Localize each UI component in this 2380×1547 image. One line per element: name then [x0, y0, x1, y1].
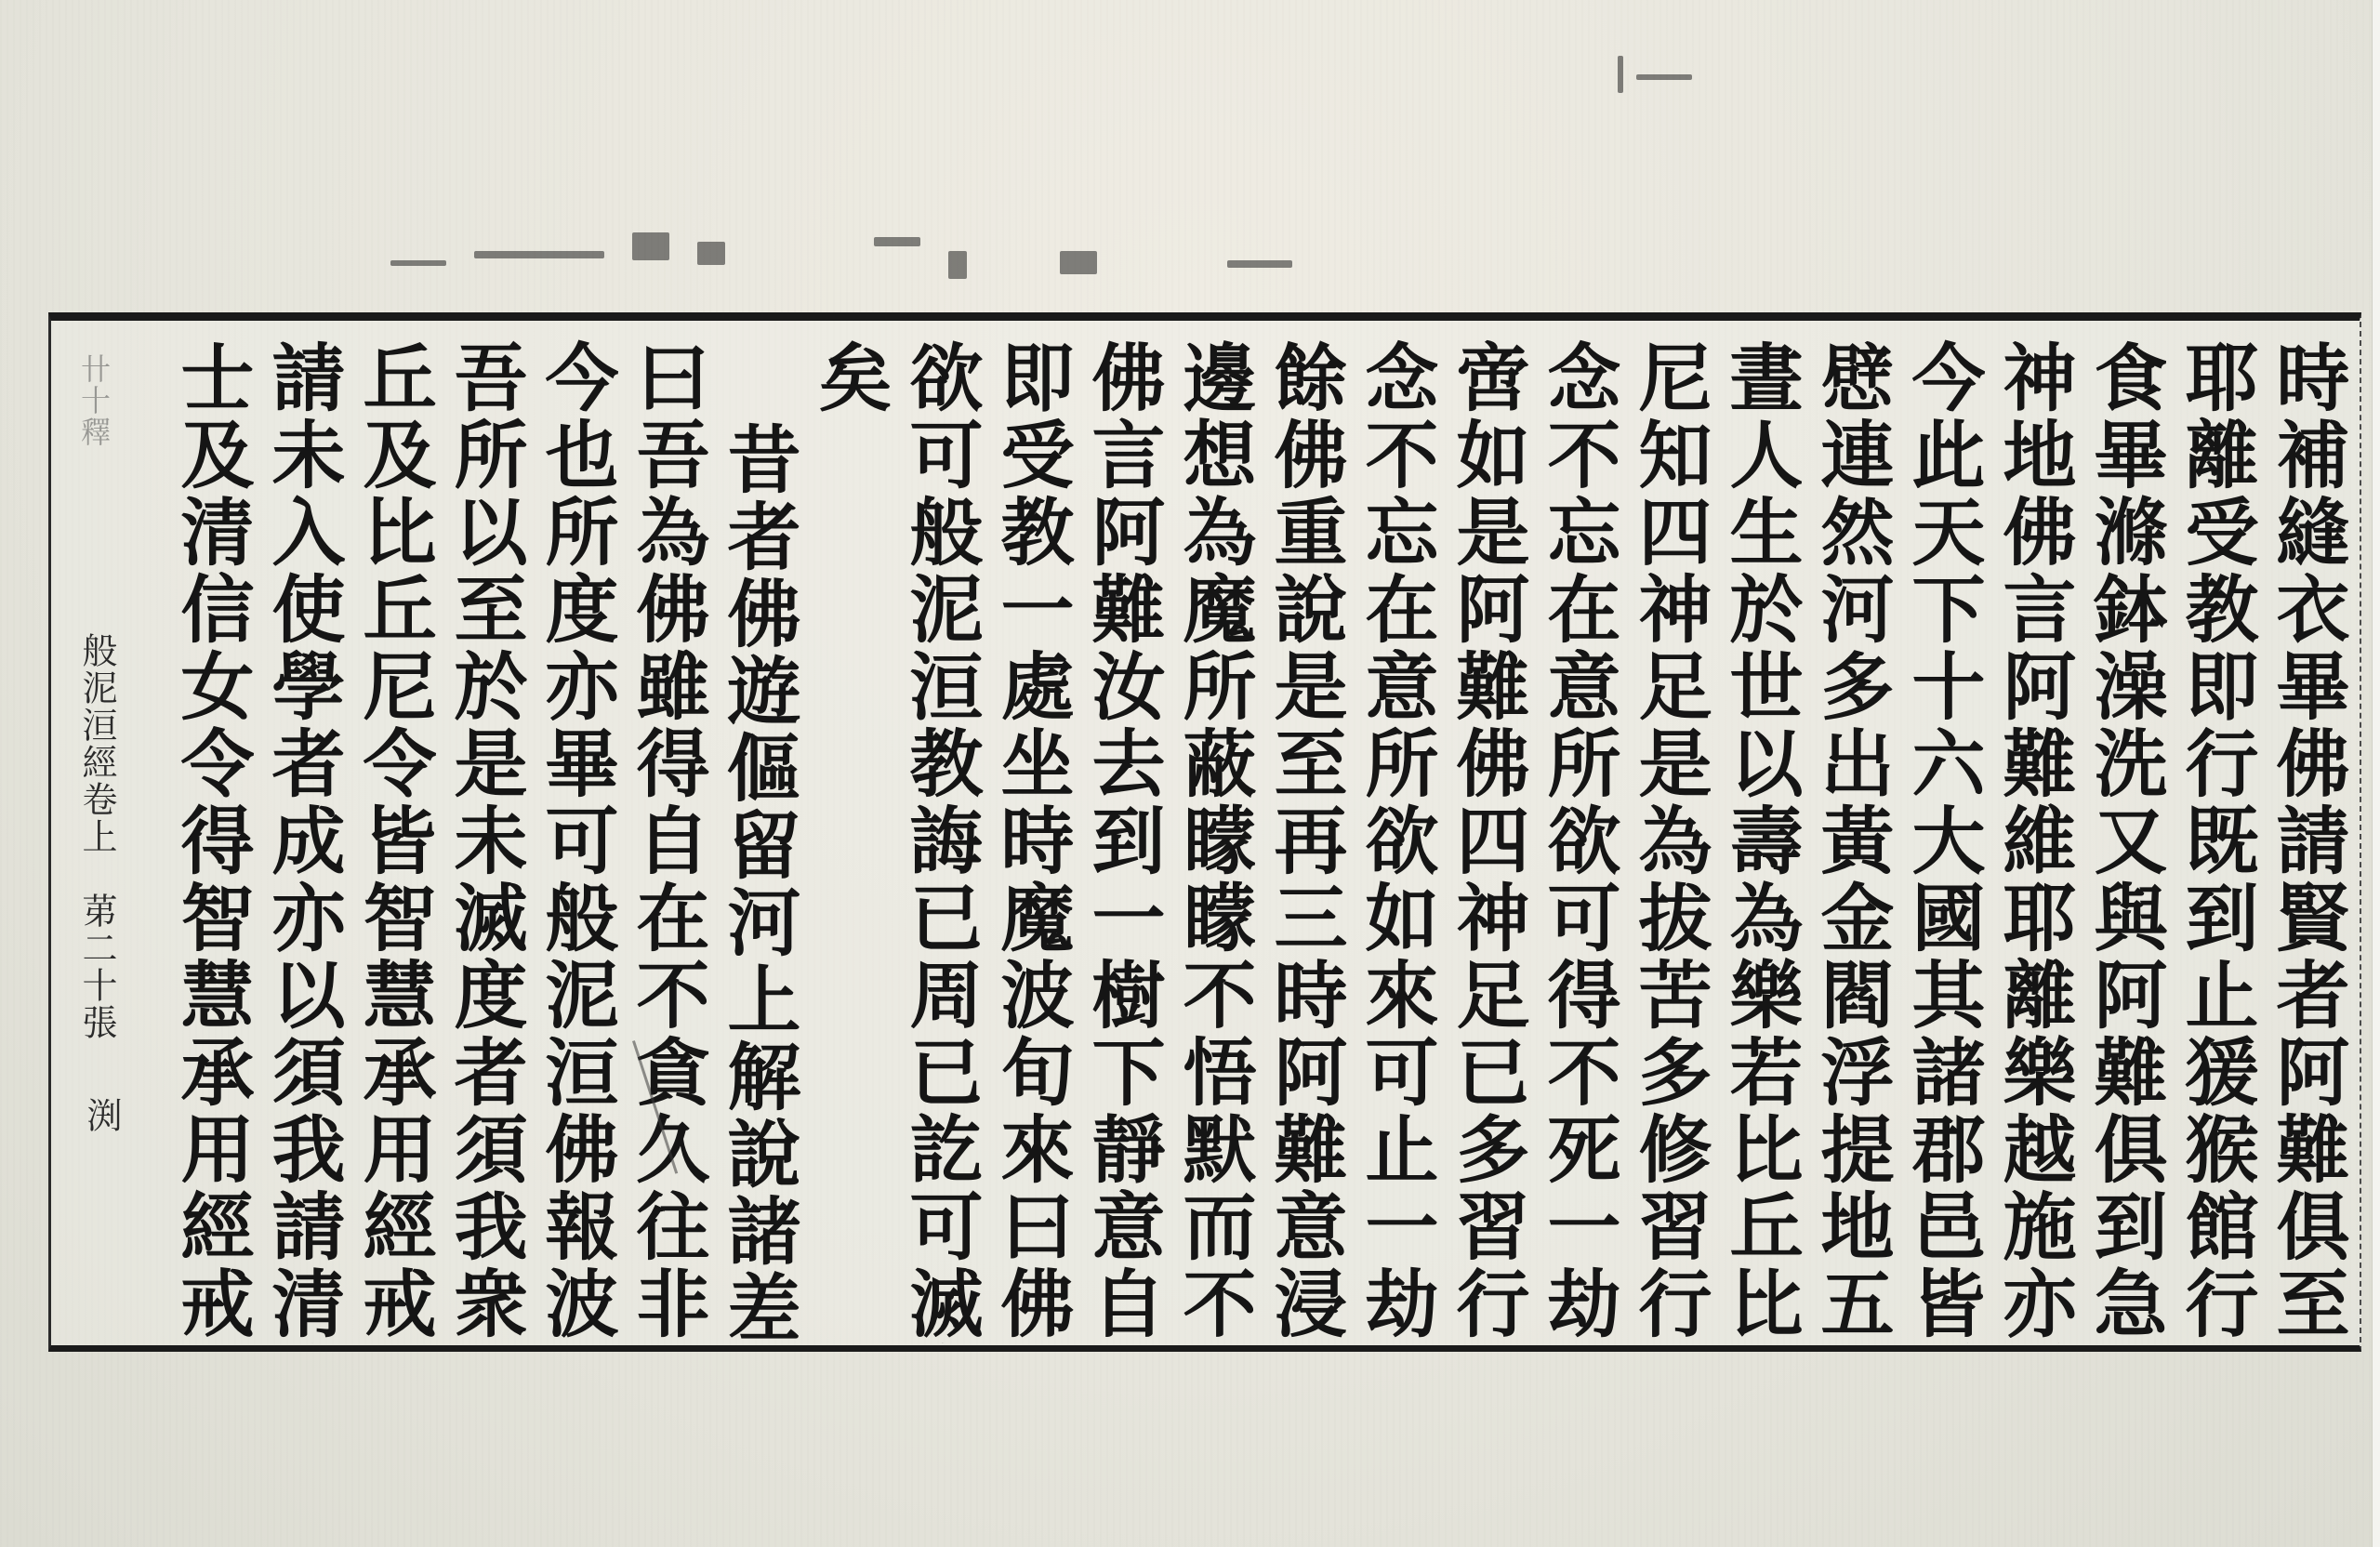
text-column: 邊想為魔所蔽矇矇不悟默而不對 [1168, 339, 1259, 1343]
text-column: 啻如是阿難佛四神足已多習行尊 [1441, 339, 1532, 1343]
sutra-page: 時補縫衣畢佛請賢者阿難俱至維耶離受教即行既到止猨猴館行乞食畢滌鉢澡洗又與阿難俱到… [0, 0, 2380, 1547]
text-column: 士及清信女令得智慧承用經戒未 [165, 339, 257, 1343]
page-edge [2372, 0, 2380, 1547]
text-column: 時補縫衣畢佛請賢者阿難俱至維 [2261, 339, 2352, 1343]
block-margin-column: 卄十釋 般泥洹經卷上 苐二十張 渕 [73, 353, 138, 1357]
text-column: 食畢滌鉢澡洗又與阿難俱到急疾 [2079, 339, 2170, 1343]
text-column: 佛言阿難汝去到一樹下靜意自思 [1077, 339, 1168, 1343]
text-column: 念不忘在意所欲可得不死一劫不 [1532, 339, 1623, 1343]
text-column: 今也所度亦畢可般泥洹佛報波旬 [530, 339, 621, 1343]
text-column: 神地佛言阿難維耶離樂越施亦樂 [1988, 339, 2079, 1343]
text-column: 憵連然河多出黃金閻浮提地五色 [1805, 339, 1897, 1343]
text-column: 尼知四神足是為拔苦多修習行當 [1623, 339, 1714, 1343]
text-column: 晝人生於世以壽為樂若比丘比丘 [1714, 339, 1805, 1343]
print-block-frame: 時補縫衣畢佛請賢者阿難俱至維耶離受教即行既到止猨猴館行乞食畢滌鉢澡洗又與阿難俱到… [48, 312, 2361, 1352]
text-column: 吾所以至於是未滅度者須我衆比 [439, 339, 530, 1343]
text-column: 耶離受教即行既到止猨猴館行乞 [2170, 339, 2261, 1343]
text-column: 即受教一處坐時魔波旬來曰佛意无 [985, 339, 1077, 1343]
text-column: 欲可般泥洹教誨已周已訖可滅度 [894, 339, 985, 1343]
text-column: 昔者佛遊傴留河上解說諸差 [712, 339, 803, 1343]
text-columns: 時補縫衣畢佛請賢者阿難俱至維耶離受教即行既到止猨猴館行乞食畢滌鉢澡洗又與阿難俱到… [165, 339, 2352, 1343]
text-column: 請未入使學者成亦以須我請清信 [257, 339, 348, 1343]
text-column: 餘佛重說是至再三時阿難意浸在 [1259, 339, 1350, 1343]
carver-mark: 渕 [76, 1097, 127, 1132]
margin-faint-text: 卄十釋 [73, 353, 115, 448]
page-number: 苐二十張 [76, 892, 117, 1041]
sutra-title: 般泥洹經卷上 [76, 632, 117, 855]
ink-bleed-marks [390, 223, 1692, 297]
text-column: 曰吾為佛雖得自在不貪久往非謂 [621, 339, 712, 1343]
text-column: 矣 [803, 339, 894, 1343]
text-column: 念不忘在意所欲如來可止一劫有 [1350, 339, 1441, 1343]
text-column: 今此天下十六大國其諸郡邑皆樂 [1897, 339, 1988, 1343]
text-column: 丘及比丘尼令皆智慧承用經戒勸 [348, 339, 439, 1343]
